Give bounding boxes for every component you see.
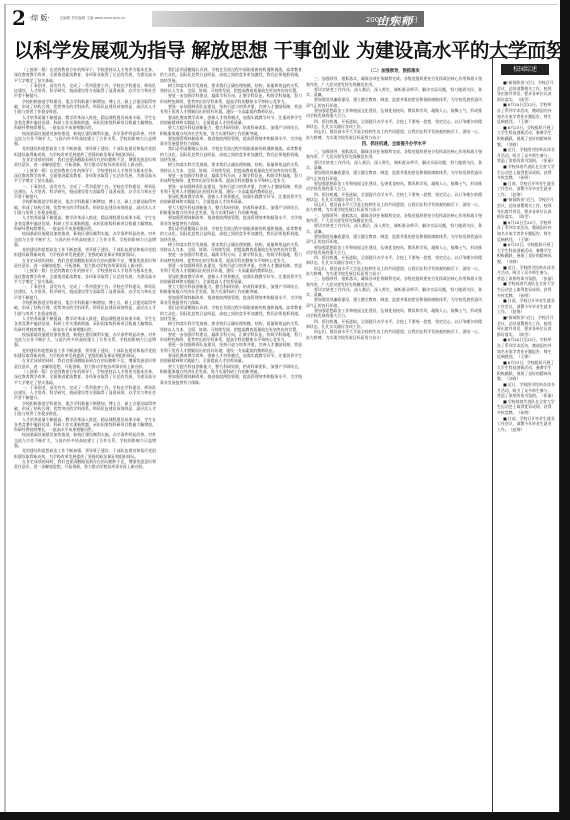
article-paragraph: 要进一步加强师资队伍建设，坚持引进与培养并重，完善人才激励机制，营造有利于优秀人… [160, 184, 302, 195]
article-paragraph: 四、抓住机遇，开拓进取，全面提升办学水平。全校上下要统一思想，坚定信心，以只争朝… [306, 119, 482, 130]
brief-item: ■ 6月20日至22日，学校举办了系列学术活动，邀请国内外知名专家学者作专题报告… [497, 220, 555, 242]
article-paragraph: 学校积极推进学科建设，重点学科数量不断增加，博士点、硕士点建设取得突破，形成了结… [14, 199, 156, 215]
article-paragraph: 要大力提升科技创新能力，整合科研资源，培育科研团队，加强产学研结合，积极服务地方… [160, 205, 302, 216]
article-column-1: （上接第一版）在党的教育方针的指导下，学校坚持以人才培养为根本任务，深化教育教学… [14, 67, 156, 817]
article-paragraph: 校园基础设施建设加快推进，新校区建设顺利实施，办学条件明显改善。对外交流与合作不… [14, 432, 156, 448]
article-paragraph: 学校积极推进学科建设，重点学科数量不断增加，博士点、硕士点建设取得突破，形成了结… [14, 300, 156, 316]
article-paragraph: 要进一步加强师资队伍建设，坚持引进与培养并重，完善人才激励机制，营造有利于优秀人… [160, 104, 302, 115]
article-paragraph: 三、加强领导，狠抓落实，确保各项任务顺利完成。各级党组织要充分发挥政治核心作用和… [306, 213, 482, 224]
article-paragraph: 一、干事创业，奋发有为，完成了一系列重要工作。学校在学科建设、师资队伍建设、人才… [14, 385, 156, 401]
brief-item: ■ 近日，学校图书馆举办读书月活动，吸引了众多师生参与，营造了浓厚的读书氛围。（… [497, 265, 555, 282]
article-paragraph: 在肯定成绩的同时，我们也要清醒地看到存在的问题和不足，增强忧患意识和责任意识，进… [14, 459, 156, 470]
article-paragraph: 要大力提升科技创新能力，整合科研资源，培育科研团队，加强产学研结合，积极服务地方… [160, 364, 302, 375]
brief-item: ■ 日前，学校召开毕业生就业工作会议，部署今年毕业生就业工作。（赵海） [497, 181, 555, 198]
section-heading: （二）加强领导，狠抓落实 [306, 69, 482, 74]
header-band: 山东师大报 2005年6月27日 [152, 11, 424, 27]
article-paragraph: 要切实转变工作作风，深入基层，深入师生，倾听群众呼声，解决实际问题，努力做到为民… [306, 87, 482, 98]
article-paragraph: 在肯定成绩的同时，我们也要清醒地看到存在的问题和不足，增强忧患意识和责任意识，进… [14, 157, 156, 168]
brief-item: ■ 近日，学校图书馆举办读书月活动，吸引了众多师生参与，营造了浓厚的读书氛围。（… [497, 382, 555, 399]
article-paragraph: （上接第一版）在党的教育方针的指导下，学校坚持以人才培养为根本任务，深化教育教学… [14, 67, 156, 83]
article-paragraph: 人才培养质量不断提高，教学改革深入推进，精品课程建设成果丰硕，学生在各类竞赛中屡… [14, 215, 156, 231]
section-heading: 四、抓住机遇，全面提升办学水平 [306, 142, 482, 147]
news-brief-title: 校园综述 [501, 64, 549, 75]
article-paragraph: 要深化教育教学改革，创新人才培养模式，加强实践教学环节，注重培养学生的创新精神和… [160, 353, 302, 364]
article-paragraph: 三、加强领导，狠抓落实，确保各项任务顺利完成。各级党组织要充分发挥政治核心作用和… [306, 76, 482, 87]
article-paragraph: 校园基础设施建设加快推进，新校区建设顺利实施，办学条件明显改善。对外交流与合作不… [14, 332, 156, 348]
article-paragraph: 一、干事创业，奋发有为，完成了一系列重要工作。学校在学科建设、师资队伍建设、人才… [14, 83, 156, 99]
article-paragraph: 四、抓住机遇，开拓进取，全面提升办学水平。全校上下要统一思想，坚定信心，以只争朝… [306, 192, 482, 203]
article-paragraph: 一、干事创业，奋发有为，完成了一系列重要工作。学校在学科建设、师资队伍建设、人才… [14, 184, 156, 200]
brief-item: ■ 6月20日至22日，学校举办了系列学术活动，邀请国内外知名专家学者作专题报告… [497, 102, 555, 124]
article-paragraph: （上接第一版）在党的教育方针的指导下，学校坚持以人才培养为根本任务，深化教育教学… [14, 268, 156, 284]
article-paragraph: 在肯定成绩的同时，我们也要清醒地看到存在的问题和不足，增强忧患意识和责任意识，进… [14, 358, 156, 369]
article-paragraph: 要加强管理体制改革，推进校院两级管理，提高管理效率和服务水平，为学校事业发展提供… [160, 374, 302, 385]
article-paragraph: 要大力提升科技创新能力，整合科研资源，培育科研团队，加强产学研结合，积极服务地方… [160, 125, 302, 136]
article-paragraph: 树立和落实科学发展观，要求我们正确处理规模、结构、质量和效益的关系，坚持以人为本… [160, 83, 302, 94]
news-brief-box: 校园综述 ■“新闻快讯”近日，学校召开会议，总结部署相关工作，校领导出席并讲话，… [492, 57, 560, 819]
editor-info: 总编辑 责任编辑 主编 www.sxnu.edu.cn [60, 16, 130, 20]
article-paragraph: 要切实转变工作作风，深入基层，深入师生，倾听群众呼声，解决实际问题，努力做到为民… [306, 160, 482, 171]
article-paragraph: 要加强党风廉政建设，建立健全教育、制度、监督并重的惩治和预防腐败体系，为学校发展… [306, 297, 482, 308]
article-paragraph: 要加强管理体制改革，推进校院两级管理，提高管理效率和服务水平，为学校事业发展提供… [160, 215, 302, 226]
article-paragraph: 人才培养质量不断提高，教学改革深入推进，精品课程建设成果丰硕，学生在各类竞赛中屡… [14, 316, 156, 332]
article-paragraph: 要加强党风廉政建设，建立健全教育、制度、监督并重的惩治和预防腐败体系，为学校发展… [306, 234, 482, 245]
article-paragraph: 人才培养质量不断提高，教学改革深入推进，精品课程建设成果丰硕，学生在各类竞赛中屡… [14, 115, 156, 131]
article-column-2: 我们必须清醒地认识到，学校在发展过程中面临着新的机遇和挑战。高等教育的大众化、国… [160, 67, 302, 817]
article-paragraph: 树立和落实科学发展观，要求我们正确处理规模、结构、质量和效益的关系，坚持以人为本… [160, 242, 302, 253]
article-paragraph: 学校积极推进学科建设，重点学科数量不断增加，博士点、硕士点建设取得突破，形成了结… [14, 99, 156, 115]
article-paragraph: 在肯定成绩的同时，我们也要清醒地看到存在的问题和不足，增强忧患意识和责任意识，进… [14, 258, 156, 269]
article-paragraph: 树立和落实科学发展观，要求我们正确处理规模、结构、质量和效益的关系，坚持以人为本… [160, 162, 302, 173]
article-paragraph: 要深化教育教学改革，创新人才培养模式，加强实践教学环节，注重培养学生的创新精神和… [160, 115, 302, 126]
masthead: 2 ·综 版· 总编辑 责任编辑 主编 www.sxnu.edu.cn 山东师大… [12, 9, 552, 27]
article-paragraph: 要进一步加强学科建设，凝练学科方向，汇聚学科队伍，构筑学科基地，努力形成特色鲜明… [160, 332, 302, 343]
article-paragraph: 要进一步加强学科建设，凝练学科方向，汇聚学科队伍，构筑学科基地，努力形成特色鲜明… [160, 93, 302, 104]
article-paragraph: 要大力提升科技创新能力，整合科研资源，培育科研团队，加强产学研结合，积极服务地方… [160, 284, 302, 295]
article-paragraph: 我们必须清醒地认识到，学校在发展过程中面临着新的机遇和挑战。高等教育的大众化、国… [160, 146, 302, 162]
article-paragraph: 我们必须清醒地认识到，学校在发展过程中面临着新的机遇和挑战。高等教育的大众化、国… [160, 67, 302, 83]
article-paragraph: 要切实转变工作作风，深入基层，深入师生，倾听群众呼声，解决实际问题，努力做到为民… [306, 287, 482, 298]
article-paragraph: 人才培养质量不断提高，教学改革深入推进，精品课程建设成果丰硕，学生在各类竞赛中屡… [14, 417, 156, 433]
brief-item: ■ 近日，学校图书馆举办读书月活动，吸引了众多师生参与，营造了浓厚的读书氛围。（… [497, 147, 555, 164]
article-paragraph: 要加强思想政治工作和校园文化建设，弘扬优良校风、教风和学风，凝聚人心，鼓舞士气，… [306, 108, 482, 119]
article-paragraph: 校园基础设施建设加快推进，新校区建设顺利实施，办学条件明显改善。对外交流与合作不… [14, 231, 156, 247]
article-paragraph: 党的建设和思想政治工作不断加强，领导班子建设、干部队伍建设和基层党组织建设取得新… [14, 348, 156, 359]
brief-item: ■ 6月23日，学校组织开展了大学生科技创新活动，参赛学生积极踊跃，展现了良好的… [497, 360, 555, 382]
newspaper-page: 2 ·综 版· 总编辑 责任编辑 主编 www.sxnu.edu.cn 山东师大… [4, 4, 558, 813]
page-edge-right [560, 0, 570, 820]
article-paragraph: 三、加强领导，狠抓落实，确保各项任务顺利完成。各级党组织要充分发挥政治核心作用和… [306, 149, 482, 160]
article-paragraph: 要进一步加强师资队伍建设，坚持引进与培养并重，完善人才激励机制，营造有利于优秀人… [160, 342, 302, 353]
article-paragraph: 我们必须清醒地认识到，学校在发展过程中面临着新的机遇和挑战。高等教育的大众化、国… [160, 305, 302, 321]
article-paragraph: 要深化教育教学改革，创新人才培养模式，加强实践教学环节，注重培养学生的创新精神和… [160, 194, 302, 205]
article-paragraph: 要进一步加强学科建设，凝练学科方向，汇聚学科队伍，构筑学科基地，努力形成特色鲜明… [160, 252, 302, 263]
article-paragraph: 要加强思想政治工作和校园文化建设，弘扬优良校风、教风和学风，凝聚人心，鼓舞士气，… [306, 245, 482, 256]
page-number: 2 [12, 9, 26, 27]
article-paragraph: 要进一步加强学科建设，凝练学科方向，汇聚学科队伍，构筑学科基地，努力形成特色鲜明… [160, 173, 302, 184]
brief-item: ■ 日前，学校召开毕业生就业工作会议，部署今年毕业生就业工作。（赵海） [497, 416, 555, 433]
article-paragraph: 要切实转变工作作风，深入基层，深入师生，倾听群众呼声，解决实际问题，努力做到为民… [306, 223, 482, 234]
news-brief-body: ■“新闻快讯”近日，学校召开会议，总结部署相关工作，校领导出席并讲话，要求各单位… [497, 80, 555, 810]
brief-item: ■“新闻快讯”近日，学校召开会议，总结部署相关工作，校领导出席并讲话，要求各单位… [497, 197, 555, 219]
article-paragraph: 要深化教育教学改革，创新人才培养模式，加强实践教学环节，注重培养学生的创新精神和… [160, 274, 302, 285]
brief-item: ■ 6月23日，学校组织开展了大学生科技创新活动，参赛学生积极踊跃，展现了良好的… [497, 242, 555, 264]
page-edge-bottom [0, 812, 570, 820]
article-paragraph: 四、抓住机遇，开拓进取，全面提升办学水平。全校上下要统一思想，坚定信心，以只争朝… [306, 255, 482, 266]
article-paragraph: 要加强思想政治工作和校园文化建设，弘扬优良校风、教风和学风，凝聚人心，鼓舞士气，… [306, 308, 482, 319]
article-paragraph: 校园基础设施建设加快推进，新校区建设顺利实施，办学条件明显改善。对外交流与合作不… [14, 131, 156, 147]
article-column-3: （二）加强领导，狠抓落实三、加强领导，狠抓落实，确保各项任务顺利完成。各级党组织… [306, 67, 482, 817]
article-paragraph: （上接第一版）在党的教育方针的指导下，学校坚持以人才培养为根本任务，深化教育教学… [14, 369, 156, 385]
article-paragraph: 我们必须清醒地认识到，学校在发展过程中面临着新的机遇和挑战。高等教育的大众化、国… [160, 226, 302, 242]
issue-date: 2005年6月27日 [366, 15, 424, 25]
brief-item: ■ 6月23日，学校组织开展了大学生科技创新活动，参赛学生积极踊跃，展现了良好的… [497, 125, 555, 147]
article-paragraph: 要加强管理体制改革，推进校院两级管理，提高管理效率和服务水平，为学校事业发展提供… [160, 136, 302, 147]
article-paragraph: 学校积极推进学科建设，重点学科数量不断增加，博士点、硕士点建设取得突破，形成了结… [14, 401, 156, 417]
article-paragraph: 党的建设和思想政治工作不断加强，领导班子建设、干部队伍建设和基层党组织建设取得新… [14, 146, 156, 157]
article-paragraph: 要加强党风廉政建设，建立健全教育、制度、监督并重的惩治和预防腐败体系，为学校发展… [306, 97, 482, 108]
brief-item: ■ 学校体育代表队在全省大学生运动会上取得优异成绩，获得多枚奖牌。（孙明） [497, 164, 555, 181]
article-paragraph: 同志们，建设高水平大学是全校师生员工的共同愿望，让我们在科学发展观的指引下，团结… [306, 202, 482, 213]
article-paragraph: 要进一步加强师资队伍建设，坚持引进与培养并重，完善人才激励机制，营造有利于优秀人… [160, 263, 302, 274]
article-paragraph: 三、加强领导，狠抓落实，确保各项任务顺利完成。各级党组织要充分发挥政治核心作用和… [306, 276, 482, 287]
article-paragraph: 四、抓住机遇，开拓进取，全面提升办学水平。全校上下要统一思想，坚定信心，以只争朝… [306, 319, 482, 330]
article-paragraph: 要加强党风廉政建设，建立健全教育、制度、监督并重的惩治和预防腐败体系，为学校发展… [306, 170, 482, 181]
brief-item: ■“新闻快讯”近日，学校召开会议，总结部署相关工作，校领导出席并讲话，要求各单位… [497, 80, 555, 102]
article-paragraph: 党的建设和思想政治工作不断加强，领导班子建设、干部队伍建设和基层党组织建设取得新… [14, 247, 156, 258]
article-paragraph: 党的建设和思想政治工作不断加强，领导班子建设、干部队伍建设和基层党组织建设取得新… [14, 448, 156, 459]
section-label: ·综 版· [29, 13, 50, 23]
headline: 以科学发展观为指导 解放思想 干事创业 为建设高水平的大学而努力奋斗 [14, 35, 486, 63]
article-paragraph: 同志们，建设高水平大学是全校师生员工的共同愿望，让我们在科学发展观的指引下，团结… [306, 266, 482, 277]
brief-item: ■ 6月20日至22日，学校举办了系列学术活动，邀请国内外知名专家学者作专题报告… [497, 337, 555, 359]
brief-item: ■ 学校体育代表队在全省大学生运动会上取得优异成绩，获得多枚奖牌。（孙明） [497, 281, 555, 298]
article-paragraph: 同志们，建设高水平大学是全校师生员工的共同愿望，让我们在科学发展观的指引下，团结… [306, 129, 482, 140]
article-paragraph: 要加强思想政治工作和校园文化建设，弘扬优良校风、教风和学风，凝聚人心，鼓舞士气，… [306, 181, 482, 192]
brief-item: ■“新闻快讯”近日，学校召开会议，总结部署相关工作，校领导出席并讲话，要求各单位… [497, 315, 555, 337]
article-paragraph: （上接第一版）在党的教育方针的指导下，学校坚持以人才培养为根本任务，深化教育教学… [14, 168, 156, 184]
article-paragraph: 要加强管理体制改革，推进校院两级管理，提高管理效率和服务水平，为学校事业发展提供… [160, 295, 302, 306]
article-paragraph: 同志们，建设高水平大学是全校师生员工的共同愿望，让我们在科学发展观的指引下，团结… [306, 329, 482, 340]
brief-item: ■ 学校体育代表队在全省大学生运动会上取得优异成绩，获得多枚奖牌。（孙明） [497, 399, 555, 416]
article-paragraph: 树立和落实科学发展观，要求我们正确处理规模、结构、质量和效益的关系，坚持以人为本… [160, 321, 302, 332]
brief-item: ■ 日前，学校召开毕业生就业工作会议，部署今年毕业生就业工作。（赵海） [497, 298, 555, 315]
article-paragraph: 一、干事创业，奋发有为，完成了一系列重要工作。学校在学科建设、师资队伍建设、人才… [14, 284, 156, 300]
